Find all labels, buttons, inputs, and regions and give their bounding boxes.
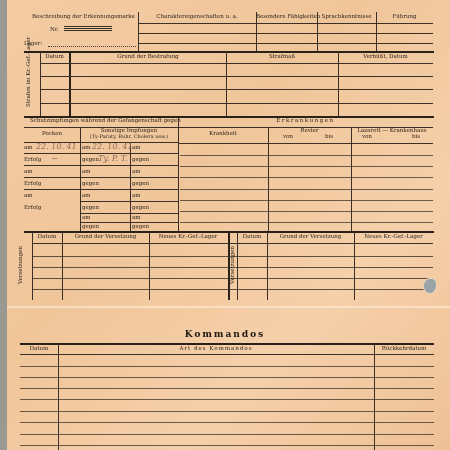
row-line xyxy=(80,165,178,166)
other-row-label: am xyxy=(132,215,141,222)
other-row-label: am xyxy=(82,145,91,152)
row-line xyxy=(20,399,434,400)
row-line xyxy=(80,189,178,190)
other-row-label: gegen xyxy=(132,224,149,231)
row-line xyxy=(180,200,433,201)
col-reason: Grund der Versetzung xyxy=(62,234,149,241)
col-conduct: Führung xyxy=(376,14,433,21)
row-line xyxy=(32,267,433,268)
other-vaccination-sub: (Ty-Paraty, Ruhr, Cholera usw.) xyxy=(80,134,178,141)
other-row-label: am xyxy=(82,169,91,176)
row-line xyxy=(24,165,80,166)
col-date: Datum xyxy=(237,234,267,241)
rule xyxy=(40,63,433,64)
col-date: Datum xyxy=(32,234,62,241)
pocken-row-label: am xyxy=(24,169,33,176)
row-line xyxy=(40,76,433,77)
row-line xyxy=(20,388,434,389)
other-row-label: gegen xyxy=(82,157,99,164)
pocken-date-value[interactable]: 22. 10. 41 xyxy=(36,142,77,151)
pocken-row-label: am xyxy=(24,145,33,152)
vaccinations-title: Schutzimpfungen während der Gefangenscha… xyxy=(30,118,181,125)
col-reason: Grund der Versetzung xyxy=(267,234,354,241)
fold-crease xyxy=(7,306,450,308)
revier-to-label: bis xyxy=(325,134,333,141)
hospital-to-label: bis xyxy=(412,134,420,141)
col-revier: Revier xyxy=(268,128,351,135)
rule xyxy=(138,33,433,34)
row-line xyxy=(24,189,80,190)
pocken-row-label: am xyxy=(24,193,33,200)
lager-field[interactable] xyxy=(48,46,136,47)
other-against-value[interactable]: Ty. P. T. xyxy=(98,154,127,163)
other-row-label: am xyxy=(82,215,91,222)
nr-field[interactable] xyxy=(64,26,112,32)
rule xyxy=(178,143,433,144)
row-line xyxy=(80,153,178,154)
row-line xyxy=(20,434,434,435)
rule xyxy=(138,43,433,44)
col-character: Charaktereigenschaften u. a. xyxy=(138,14,256,21)
nr-label: Nr. xyxy=(50,27,59,34)
row-line xyxy=(40,89,433,90)
row-line xyxy=(80,177,178,178)
rule xyxy=(138,23,433,24)
col-date: Datum xyxy=(40,54,69,61)
divider xyxy=(40,52,41,117)
other-row-label: gegen xyxy=(132,157,149,164)
hospital-from-label: von xyxy=(362,134,372,141)
divider xyxy=(69,52,71,117)
row-line xyxy=(180,155,433,156)
tag-description-label: Beschreibung der Erkennungsmarke xyxy=(32,14,135,21)
revier-from-label: von xyxy=(283,134,293,141)
col-command-type: Art des Kommandos xyxy=(58,346,374,353)
pocken-row-label: Erfolg xyxy=(24,205,41,212)
col-sentence: Strafmaß xyxy=(226,54,338,61)
other-row-label: gegen xyxy=(82,224,99,231)
other-row-label: gegen xyxy=(132,205,149,212)
kommandos-title: Kommandos xyxy=(0,330,450,340)
other-date-value[interactable]: 22. 10. 41 xyxy=(92,142,133,151)
rule xyxy=(32,243,433,244)
row-line xyxy=(180,222,433,223)
punishments-side-label: Strafen im Kr.-Gef.-Lager xyxy=(26,67,40,107)
illnesses-title: Erkrankungen xyxy=(178,118,433,125)
pocken-row-label: Erfolg xyxy=(24,181,41,188)
pocken-label: Pocken xyxy=(24,131,80,138)
divider xyxy=(130,143,131,232)
col-new-camp: Neues Kr.-Gef.-Lager xyxy=(149,234,227,241)
row-line xyxy=(20,411,434,412)
other-row-label: am xyxy=(82,193,91,200)
row-line xyxy=(80,201,178,202)
row-line xyxy=(180,177,433,178)
rule xyxy=(24,51,434,53)
col-reason: Grund der Bestrafung xyxy=(70,54,226,61)
form-card xyxy=(0,0,450,450)
row-line xyxy=(80,213,178,214)
col-illness: Krankheit xyxy=(178,131,268,138)
divider xyxy=(338,52,339,117)
row-line xyxy=(32,278,433,279)
transfers-side-label-left: Versetzungen xyxy=(18,245,28,285)
row-line xyxy=(20,445,434,446)
row-line xyxy=(32,256,433,257)
rule xyxy=(20,354,434,355)
other-row-label: am xyxy=(132,193,141,200)
row-line xyxy=(24,177,80,178)
pocken-result-value[interactable]: — xyxy=(52,156,58,163)
other-row-label: gegen xyxy=(132,181,149,188)
transfers-side-label-right: Versetzungen xyxy=(230,245,240,285)
other-row-label: am xyxy=(132,145,141,152)
scan-edge xyxy=(0,0,7,450)
divider xyxy=(226,52,227,117)
col-new-camp: Neues Kr.-Gef.-Lager xyxy=(354,234,433,241)
other-row-label: gegen xyxy=(82,205,99,212)
other-row-label: gegen xyxy=(82,181,99,188)
col-return-date: Rückkehrdatum xyxy=(374,346,434,353)
row-line xyxy=(80,222,178,223)
row-line xyxy=(32,289,433,290)
rule xyxy=(20,343,434,345)
row-line xyxy=(40,103,433,104)
pocken-row-label: Erfolg xyxy=(24,157,41,164)
row-line xyxy=(180,166,433,167)
row-line xyxy=(20,422,434,423)
row-line xyxy=(20,377,434,378)
col-abilities: Besondere Fähigkeiten xyxy=(256,14,317,21)
col-languages: Sprachkenntnisse xyxy=(317,14,376,21)
row-line xyxy=(180,211,433,212)
row-line xyxy=(20,366,434,367)
row-line xyxy=(24,153,80,154)
col-served: Verbüßt, Datum xyxy=(338,54,433,61)
col-date: Datum xyxy=(20,346,58,353)
other-row-label: am xyxy=(132,169,141,176)
row-line xyxy=(180,189,433,190)
